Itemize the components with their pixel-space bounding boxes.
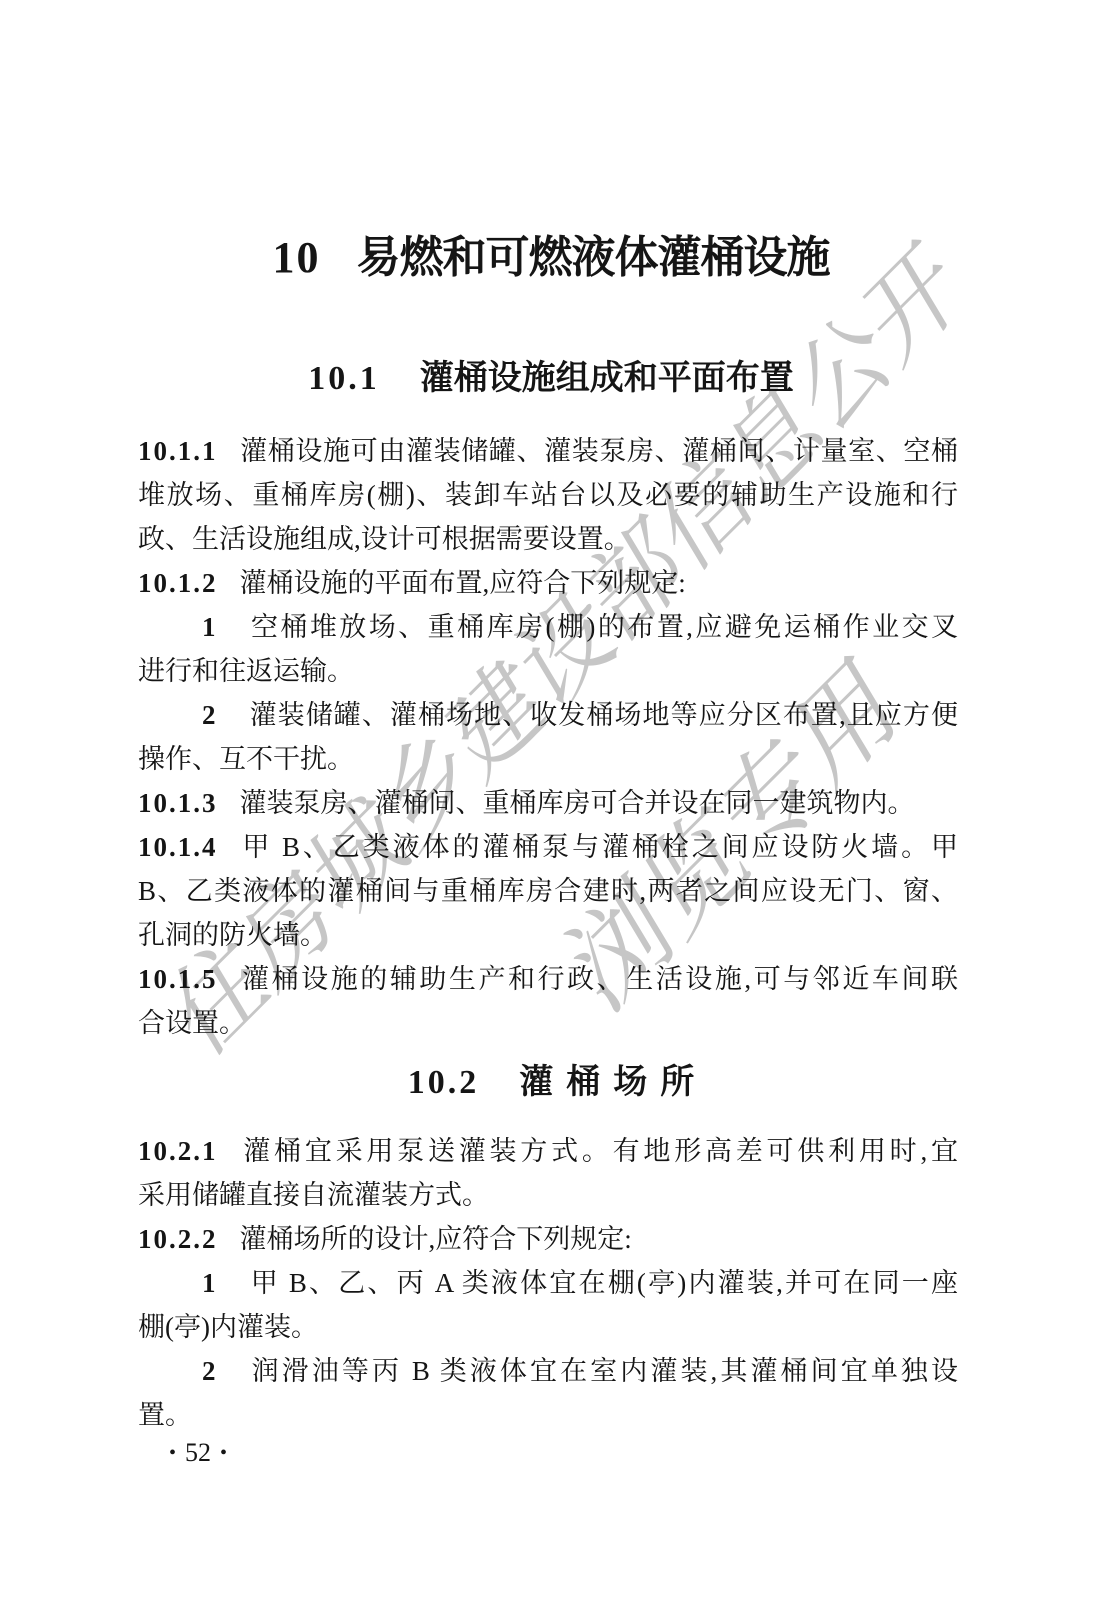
section-title-text: 灌桶设施组成和平面布置 (420, 359, 794, 397)
clause-label-10.1.5: 10.1.5 (138, 964, 218, 994)
page-number-right-dot: • (220, 1442, 227, 1464)
text-line: B、乙类液体的灌桶间与重桶库房合建时,两者之间应设无门、窗、 (138, 869, 958, 913)
clause-label-10.1.4: 10.1.4 (138, 832, 218, 862)
chapter-title-text: 易燃和可燃液体灌桶设施 (357, 233, 830, 282)
section-body-10.2: 10.2.1灌桶宜采用泵送灌装方式。有地形高差可供利用时,宜采用储罐直接自流灌装… (138, 1129, 958, 1437)
section-heading-10.2: 10.2灌桶场所 (0, 1060, 1102, 1105)
text-line: 1甲 B、乙、丙 A 类液体宜在棚(亭)内灌装,并可在同一座 (138, 1261, 958, 1305)
text-line: 置。 (138, 1393, 958, 1437)
text-line: 10.1.1灌桶设施可由灌装储罐、灌装泵房、灌桶间、计量室、空桶 (138, 429, 958, 473)
clause-label-10.1.2: 10.1.2 (138, 568, 218, 598)
clause-label-1: 1 (202, 612, 216, 642)
clause-label-10.2.1: 10.2.1 (138, 1136, 218, 1166)
section-body-10.1: 10.1.1灌桶设施可由灌装储罐、灌装泵房、灌桶间、计量室、空桶堆放场、重桶库房… (138, 429, 958, 1045)
clause-label-2: 2 (202, 1356, 216, 1386)
text-line: 10.1.2灌桶设施的平面布置,应符合下列规定: (138, 561, 958, 605)
text-line: 采用储罐直接自流灌装方式。 (138, 1173, 958, 1217)
page-number: •52• (160, 1438, 236, 1468)
clause-label-10.1.1: 10.1.1 (138, 436, 218, 466)
text-line: 政、生活设施组成,设计可根据需要设置。 (138, 517, 958, 561)
text-line: 孔洞的防火墙。 (138, 913, 958, 957)
document-page: 住房城乡建设部信息公开 浏览专用 10易燃和可燃液体灌桶设施 10.1灌桶设施组… (0, 0, 1102, 1598)
text-line: 操作、互不干扰。 (138, 737, 958, 781)
page-number-value: 52 (185, 1438, 211, 1467)
section-number: 10.1 (308, 360, 380, 397)
text-line: 1空桶堆放场、重桶库房(棚)的布置,应避免运桶作业交叉 (138, 605, 958, 649)
chapter-number: 10 (273, 233, 321, 282)
text-line: 2润滑油等丙 B 类液体宜在室内灌装,其灌桶间宜单独设 (138, 1349, 958, 1393)
clause-label-1: 1 (202, 1268, 216, 1298)
chapter-title: 10易燃和可燃液体灌桶设施 (0, 232, 1102, 284)
section-heading-10.1: 10.1灌桶设施组成和平面布置 (0, 356, 1102, 401)
text-line: 进行和往返运输。 (138, 649, 958, 693)
clause-label-2: 2 (202, 700, 216, 730)
text-line: 堆放场、重桶库房(棚)、装卸车站台以及必要的辅助生产设施和行 (138, 473, 958, 517)
text-line: 10.2.2灌桶场所的设计,应符合下列规定: (138, 1217, 958, 1261)
text-line: 合设置。 (138, 1001, 958, 1045)
section-title-text: 灌桶场所 (519, 1063, 707, 1101)
section-number: 10.2 (408, 1064, 480, 1101)
text-line: 10.1.5灌桶设施的辅助生产和行政、生活设施,可与邻近车间联 (138, 957, 958, 1001)
clause-label-10.1.3: 10.1.3 (138, 788, 218, 818)
text-line: 10.1.4甲 B、乙类液体的灌桶泵与灌桶栓之间应设防火墙。甲 (138, 825, 958, 869)
text-line: 棚(亭)内灌装。 (138, 1305, 958, 1349)
text-line: 10.2.1灌桶宜采用泵送灌装方式。有地形高差可供利用时,宜 (138, 1129, 958, 1173)
clause-label-10.2.2: 10.2.2 (138, 1224, 218, 1254)
text-line: 2灌装储罐、灌桶场地、收发桶场地等应分区布置,且应方便 (138, 693, 958, 737)
text-line: 10.1.3灌装泵房、灌桶间、重桶库房可合并设在同一建筑物内。 (138, 781, 958, 825)
page-number-left-dot: • (169, 1442, 176, 1464)
